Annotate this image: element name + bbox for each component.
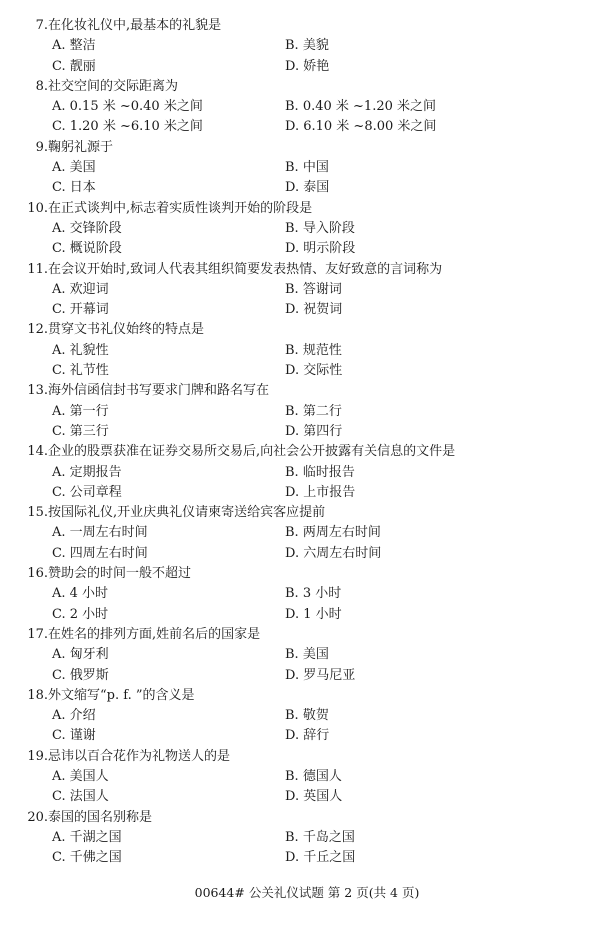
question-19: 19.忌讳以百合花作为礼物送人的是 A. 美国人B. 德国人 C. 法国人D. …: [0, 747, 614, 808]
option-a: A. 礼貌性: [52, 341, 109, 361]
option-b: B. 答谢词: [285, 280, 342, 300]
option-a: A. 0.15 米 ~0.40 米之间: [52, 97, 203, 117]
question-text: 在会议开始时,致词人代表其组织简要发表热情、友好致意的言词称为: [48, 260, 442, 280]
question-text: 企业的股票获准在证券交易所交易后,向社会公开披露有关信息的文件是: [48, 442, 455, 462]
option-c: C. 1.20 米 ~6.10 米之间: [52, 117, 203, 137]
option-b: B. 3 小时: [285, 584, 341, 604]
option-b: B. 临时报告: [285, 463, 355, 483]
option-c: C. 靓丽: [52, 57, 96, 77]
option-b: B. 千岛之国: [285, 828, 355, 848]
question-13: 13.海外信函信封书写要求门牌和路名写在 A. 第一行B. 第二行 C. 第三行…: [0, 381, 614, 442]
option-d: D. 六周左右时间: [285, 544, 381, 564]
option-c: C. 礼节性: [52, 361, 109, 381]
option-c: C. 第三行: [52, 422, 109, 442]
question-number: 15.: [27, 503, 48, 523]
option-c: C. 日本: [52, 178, 96, 198]
option-b: B. 德国人: [285, 767, 342, 787]
question-number: 9.: [36, 138, 48, 158]
option-a: A. 一周左右时间: [52, 523, 148, 543]
question-text: 社交空间的交际距离为: [48, 77, 178, 97]
option-c: C. 开幕词: [52, 300, 109, 320]
question-18: 18.外文缩写“p. f. ”的含义是 A. 介绍B. 敬贺 C. 谨谢D. 辞…: [0, 686, 614, 747]
question-number: 13.: [27, 381, 48, 401]
option-c: C. 千佛之国: [52, 848, 122, 868]
question-number: 8.: [36, 77, 48, 97]
option-b: B. 两周左右时间: [285, 523, 381, 543]
option-c: C. 概说阶段: [52, 239, 122, 259]
question-8: 8.社交空间的交际距离为 A. 0.15 米 ~0.40 米之间B. 0.40 …: [0, 77, 614, 138]
option-c: C. 2 小时: [52, 605, 108, 625]
question-number: 17.: [27, 625, 48, 645]
option-b: B. 0.40 米 ~1.20 米之间: [285, 97, 436, 117]
question-12: 12.贯穿文书礼仪始终的特点是 A. 礼貌性B. 规范性 C. 礼节性D. 交际…: [0, 320, 614, 381]
option-a: A. 美国: [52, 158, 96, 178]
option-d: D. 泰国: [285, 178, 329, 198]
option-d: D. 英国人: [285, 787, 342, 807]
option-c: C. 法国人: [52, 787, 109, 807]
exam-page: 7.在化妆礼仪中,最基本的礼貌是 A. 整洁B. 美貌 C. 靓丽D. 娇艳 8…: [0, 16, 614, 868]
option-a: A. 美国人: [52, 767, 109, 787]
option-c: C. 俄罗斯: [52, 666, 109, 686]
question-text: 在正式谈判中,标志着实质性谈判开始的阶段是: [48, 199, 312, 219]
question-text: 赞助会的时间一般不超过: [48, 564, 191, 584]
question-number: 7.: [36, 16, 48, 36]
option-d: D. 祝贺词: [285, 300, 342, 320]
question-number: 10.: [27, 199, 48, 219]
question-text: 鞠躬礼源于: [48, 138, 113, 158]
option-c: C. 四周左右时间: [52, 544, 148, 564]
option-a: A. 交锋阶段: [52, 219, 122, 239]
option-d: D. 交际性: [285, 361, 342, 381]
option-a: A. 千湖之国: [52, 828, 122, 848]
question-text: 泰国的国名别称是: [48, 808, 152, 828]
option-b: B. 第二行: [285, 402, 342, 422]
question-number: 11.: [27, 260, 48, 280]
question-text: 贯穿文书礼仪始终的特点是: [48, 320, 204, 340]
option-a: A. 匈牙利: [52, 645, 109, 665]
question-text: 海外信函信封书写要求门牌和路名写在: [48, 381, 269, 401]
question-14: 14.企业的股票获准在证券交易所交易后,向社会公开披露有关信息的文件是 A. 定…: [0, 442, 614, 503]
option-d: D. 辞行: [285, 726, 329, 746]
option-b: B. 中国: [285, 158, 329, 178]
question-17: 17.在姓名的排列方面,姓前名后的国家是 A. 匈牙利B. 美国 C. 俄罗斯D…: [0, 625, 614, 686]
question-9: 9.鞠躬礼源于 A. 美国B. 中国 C. 日本D. 泰国: [0, 138, 614, 199]
page-footer: 00644# 公关礼仪试题 第 2 页(共 4 页): [0, 884, 614, 902]
question-10: 10.在正式谈判中,标志着实质性谈判开始的阶段是 A. 交锋阶段B. 导入阶段 …: [0, 199, 614, 260]
option-d: D. 明示阶段: [285, 239, 355, 259]
option-d: D. 千丘之国: [285, 848, 355, 868]
question-number: 12.: [27, 320, 48, 340]
question-text: 按国际礼仪,开业庆典礼仪请柬寄送给宾客应提前: [48, 503, 325, 523]
question-text: 忌讳以百合花作为礼物送人的是: [48, 747, 230, 767]
option-a: A. 第一行: [52, 402, 109, 422]
option-b: B. 美貌: [285, 36, 329, 56]
question-number: 14.: [27, 442, 48, 462]
option-a: A. 欢迎词: [52, 280, 109, 300]
option-d: D. 罗马尼亚: [285, 666, 355, 686]
option-b: B. 美国: [285, 645, 329, 665]
option-b: B. 规范性: [285, 341, 342, 361]
question-7: 7.在化妆礼仪中,最基本的礼貌是 A. 整洁B. 美貌 C. 靓丽D. 娇艳: [0, 16, 614, 77]
question-16: 16.赞助会的时间一般不超过 A. 4 小时B. 3 小时 C. 2 小时D. …: [0, 564, 614, 625]
option-d: D. 上市报告: [285, 483, 355, 503]
option-d: D. 6.10 米 ~8.00 米之间: [285, 117, 436, 137]
option-d: D. 娇艳: [285, 57, 329, 77]
option-a: A. 整洁: [52, 36, 96, 56]
option-a: A. 定期报告: [52, 463, 122, 483]
question-15: 15.按国际礼仪,开业庆典礼仪请柬寄送给宾客应提前 A. 一周左右时间B. 两周…: [0, 503, 614, 564]
option-b: B. 敬贺: [285, 706, 329, 726]
question-number: 16.: [27, 564, 48, 584]
option-a: A. 介绍: [52, 706, 96, 726]
option-a: A. 4 小时: [52, 584, 108, 604]
option-b: B. 导入阶段: [285, 219, 355, 239]
option-d: D. 第四行: [285, 422, 342, 442]
question-text: 在化妆礼仪中,最基本的礼貌是: [48, 16, 221, 36]
question-text: 外文缩写“p. f. ”的含义是: [48, 686, 195, 706]
question-number: 20.: [27, 808, 48, 828]
question-text: 在姓名的排列方面,姓前名后的国家是: [48, 625, 260, 645]
option-c: C. 公司章程: [52, 483, 122, 503]
option-c: C. 谨谢: [52, 726, 96, 746]
question-number: 18.: [27, 686, 48, 706]
question-number: 19.: [27, 747, 48, 767]
question-11: 11.在会议开始时,致词人代表其组织简要发表热情、友好致意的言词称为 A. 欢迎…: [0, 260, 614, 321]
option-d: D. 1 小时: [285, 605, 342, 625]
question-20: 20.泰国的国名别称是 A. 千湖之国B. 千岛之国 C. 千佛之国D. 千丘之…: [0, 808, 614, 869]
